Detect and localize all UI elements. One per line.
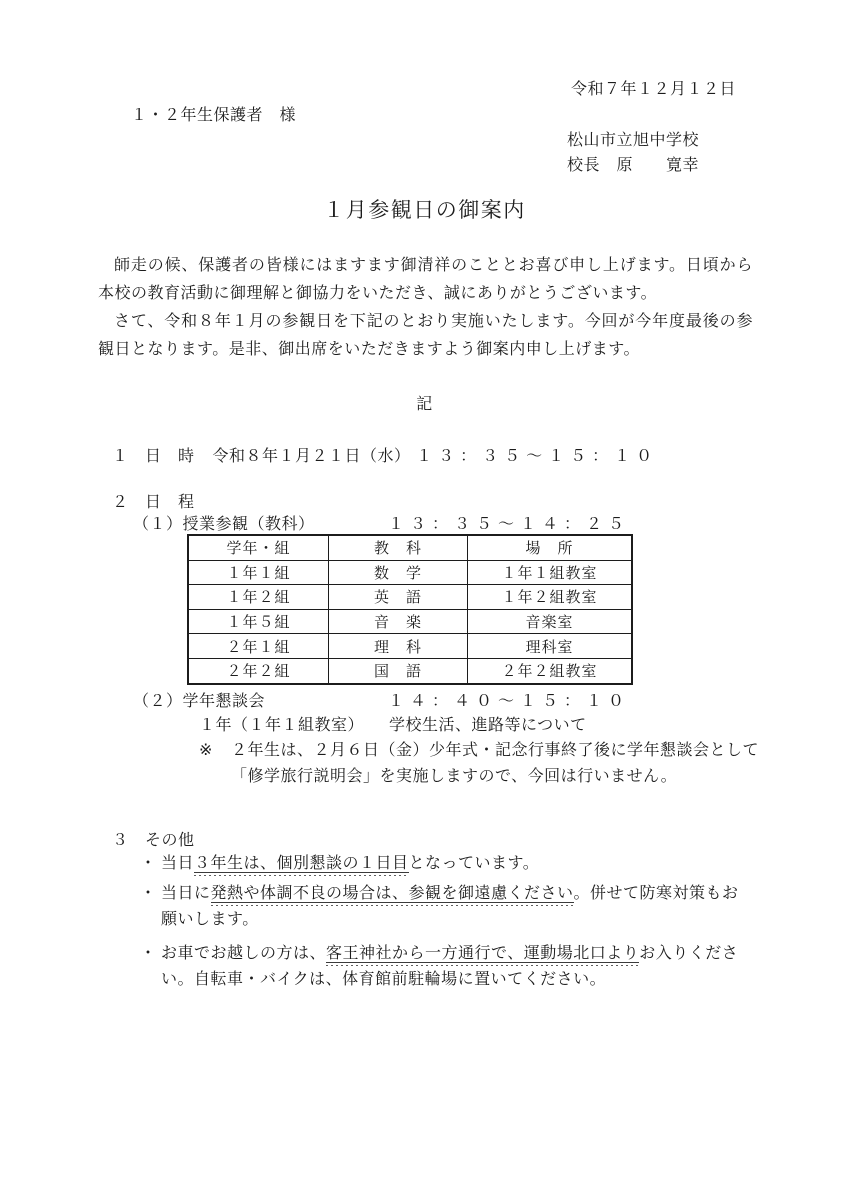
note-bullet: ・ 当日に発熱や体調不良の場合は、参観を御遠慮ください。併せて防寒対策もお願いし…: [140, 880, 752, 932]
table-cell-place: ２年２組教室: [468, 658, 633, 683]
schedule-table: 学年・組 教 科 場 所 １年１組 数 学 １年１組教室 １年２組 英 語 １年…: [187, 534, 633, 685]
schedule-item-meeting: （２）学年懇談会１４：４０～１５：１０: [133, 688, 630, 711]
document-title: １月参観日の御案内: [0, 194, 849, 224]
school-name: 松山市立旭中学校: [567, 127, 699, 150]
note-bullet: ・ お車でお越しの方は、客王神社から一方通行で、運動場北口よりお入りください。自…: [140, 940, 752, 992]
schedule-item-observation: （１）授業参観（教科）１３：３５～１４：２５: [133, 511, 630, 534]
addressee: １・２年生保護者 様: [131, 102, 296, 125]
bullet-marker: ・: [140, 850, 161, 876]
bullet-text-plain: お車でお越しの方は、: [161, 943, 326, 962]
table-header-place: 場 所: [468, 535, 633, 560]
table-cell-place: 理科室: [468, 634, 633, 659]
meeting-note: ※ ２年生は、２月６日（金）少年式・記念行事終了後に学年懇談会として「修学旅行説…: [199, 737, 759, 789]
other-notes-list: ・ 当日３年生は、個別懇談の１日目となっています。 ・ 当日に発熱や体調不良の場…: [140, 850, 752, 996]
table-row: ２年２組 国 語 ２年２組教室: [188, 658, 632, 683]
table-cell-subject: 音 楽: [329, 609, 468, 634]
table-cell-subject: 英 語: [329, 585, 468, 610]
note-marker: ※: [199, 737, 231, 789]
table-cell-subject: 国 語: [329, 658, 468, 683]
table-cell-subject: 理 科: [329, 634, 468, 659]
table-cell-place: １年１組教室: [468, 560, 633, 585]
record-marker: 記: [0, 391, 849, 414]
bullet-text-plain: となっています。: [409, 853, 540, 872]
table-cell-place: １年２組教室: [468, 585, 633, 610]
greeting-body: 師走の候、保護者の皆様にはますます御清祥のこととお喜び申し上げます。日頃から本校…: [98, 251, 753, 363]
table-row: ２年１組 理 科 理科室: [188, 634, 632, 659]
schedule-item-meeting-label: （２）学年懇談会: [133, 688, 388, 711]
document-page: 令和７年１２月１２日 １・２年生保護者 様 松山市立旭中学校 校長 原 寛幸 １…: [0, 0, 849, 1200]
bullet-text: お車でお越しの方は、客王神社から一方通行で、運動場北口よりお入りください。自転車…: [161, 940, 752, 992]
table-row: １年１組 数 学 １年１組教室: [188, 560, 632, 585]
schedule-item-meeting-time: １４：４０～１５：１０: [388, 691, 630, 710]
bullet-text-underlined: ３年生は、個別懇談の１日目: [194, 853, 409, 876]
greeting-paragraph-1: 師走の候、保護者の皆様にはますます御清祥のこととお喜び申し上げます。日頃から本校…: [98, 251, 753, 307]
bullet-text: 当日に発熱や体調不良の場合は、参観を御遠慮ください。併せて防寒対策もお願いします…: [161, 880, 752, 932]
note-bullet: ・ 当日３年生は、個別懇談の１日目となっています。: [140, 850, 752, 876]
schedule-item-observation-label: （１）授業参観（教科）: [133, 511, 388, 534]
section-datetime-value: 令和８年１月２１日（水）: [213, 446, 411, 465]
table-header-subject: 教 科: [329, 535, 468, 560]
table-row: １年２組 英 語 １年２組教室: [188, 585, 632, 610]
section-schedule-heading: ２ 日 程: [112, 489, 195, 512]
table-cell-place: 音楽室: [468, 609, 633, 634]
bullet-text-plain: 当日: [161, 853, 194, 872]
bullet-text-underlined: 発熱や体調不良の場合は、参観を御遠慮ください: [211, 883, 574, 906]
schedule-item-observation-time: １３：３５～１４：２５: [388, 514, 630, 533]
section-datetime-label: １ 日 時: [112, 443, 195, 466]
section-other-heading: ３ その他: [112, 827, 195, 850]
bullet-text: 当日３年生は、個別懇談の１日目となっています。: [161, 850, 752, 876]
bullet-marker: ・: [140, 880, 161, 932]
table-cell-grade: １年２組: [188, 585, 329, 610]
issue-date: 令和７年１２月１２日: [571, 76, 736, 99]
note-text: ２年生は、２月６日（金）少年式・記念行事終了後に学年懇談会として「修学旅行説明会…: [231, 737, 759, 789]
greeting-paragraph-2: さて、令和８年１月の参観日を下記のとおり実施いたします。今回が今年度最後の参観日…: [98, 307, 753, 363]
bullet-text-plain: 当日に: [161, 883, 211, 902]
bullet-text-underlined: 客王神社から一方通行で、運動場北口より: [326, 943, 639, 966]
section-datetime: １ 日 時令和８年１月２１日（水） １３：３５～１５：１０: [112, 443, 658, 466]
table-cell-grade: ２年１組: [188, 634, 329, 659]
table-row: １年５組 音 楽 音楽室: [188, 609, 632, 634]
section-datetime-time: １３：３５～１５：１０: [416, 446, 658, 465]
meeting-detail: １年（１年１組教室） 学校生活、進路等について: [199, 712, 587, 735]
principal-name: 校長 原 寛幸: [567, 152, 699, 175]
bullet-marker: ・: [140, 940, 161, 992]
table-cell-grade: １年１組: [188, 560, 329, 585]
table-cell-grade: １年５組: [188, 609, 329, 634]
table-header-row: 学年・組 教 科 場 所: [188, 535, 632, 560]
table-header-grade: 学年・組: [188, 535, 329, 560]
table-cell-subject: 数 学: [329, 560, 468, 585]
table-cell-grade: ２年２組: [188, 658, 329, 683]
